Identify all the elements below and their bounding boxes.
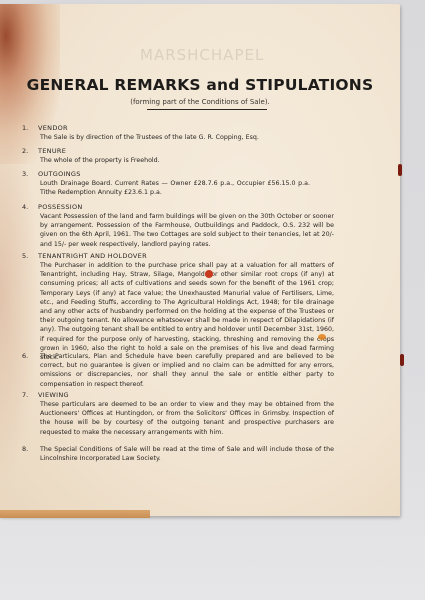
section-number: 5. xyxy=(22,252,38,260)
title-rule xyxy=(147,109,267,110)
section-body: The Special Conditions of Sale will be r… xyxy=(40,445,334,463)
section-body: The Particulars, Plan and Schedule have … xyxy=(40,352,334,389)
edge-stain xyxy=(400,354,404,366)
underlying-page-edge xyxy=(0,510,150,518)
section-number: 2. xyxy=(22,147,38,155)
section-heading: VIEWING xyxy=(38,391,334,399)
section-number: 7. xyxy=(22,391,38,399)
section-body: The whole of the property is Freehold. xyxy=(40,156,334,165)
edge-stain xyxy=(398,164,402,176)
document-page: MARSHCHAPEL GENERAL REMARKS and STIPULAT… xyxy=(0,4,400,516)
orange-ink-spot xyxy=(318,334,326,340)
section-tenantright: 5. TENANTRIGHT AND HOLDOVER The Purchase… xyxy=(22,252,334,362)
section-number: 4. xyxy=(22,203,38,211)
section-body: These particulars are deemed to be an or… xyxy=(40,400,334,437)
section-number: 3. xyxy=(22,170,38,178)
section-heading: OUTGOINGS xyxy=(38,170,334,178)
section-viewing: 7. VIEWING These particulars are deemed … xyxy=(22,391,334,437)
section-heading: TENANTRIGHT AND HOLDOVER xyxy=(38,252,334,260)
section-heading: POSSESSION xyxy=(38,203,334,211)
section-body: The Sale is by direction of the Trustees… xyxy=(40,133,334,142)
red-ink-spot xyxy=(205,270,213,278)
section-particulars: 6. The Particulars, Plan and Schedule ha… xyxy=(22,352,334,389)
section-body: Vacant Possession of the land and farm b… xyxy=(40,212,334,249)
section-number: 8. xyxy=(22,445,38,453)
section-body: Louth Drainage Board. Current Rates — Ow… xyxy=(40,179,310,197)
page-title: GENERAL REMARKS and STIPULATIONS xyxy=(0,76,400,94)
section-number: 1. xyxy=(22,124,38,132)
page-subtitle: (forming part of the Conditions of Sale)… xyxy=(0,98,400,106)
section-special-conditions: 8. The Special Conditions of Sale will b… xyxy=(22,445,334,463)
section-heading: VENDOR xyxy=(38,124,334,132)
section-tenure: 2. TENURE The whole of the property is F… xyxy=(22,147,334,165)
section-possession: 4. POSSESSION Vacant Possession of the l… xyxy=(22,203,334,249)
section-vendor: 1. VENDOR The Sale is by direction of th… xyxy=(22,124,334,142)
section-outgoings: 3. OUTGOINGS Louth Drainage Board. Curre… xyxy=(22,170,334,197)
section-number: 6. xyxy=(22,352,38,360)
show-through-text: MARSHCHAPEL xyxy=(140,46,264,64)
section-body: The Purchaser in addition to the purchas… xyxy=(40,261,334,362)
section-heading: TENURE xyxy=(38,147,334,155)
